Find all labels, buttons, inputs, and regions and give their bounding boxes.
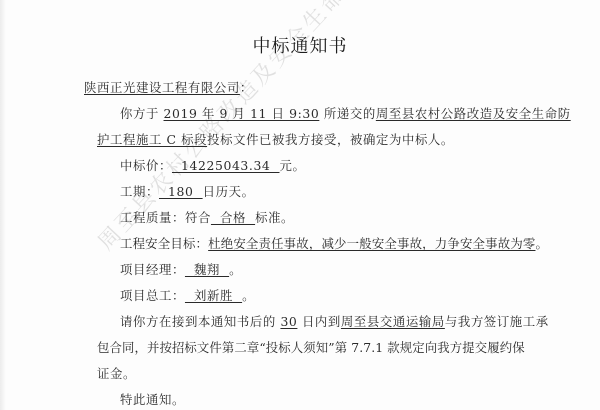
duration-value: 180 <box>159 184 203 199</box>
addressee-line: 陕西正光建设工程有限公司： <box>84 80 253 96</box>
addressee: 陕西正光建设工程有限公司 <box>84 80 240 95</box>
submission-datetime: 2019 年 9 月 11 日 9:30 <box>164 106 320 121</box>
contract-days: 30 <box>280 314 297 329</box>
document-page: 周至县农村公路改造及安全生命防护工程施工C标段中标通知书 中标通知书 陕西正光建… <box>0 0 600 410</box>
chief-engineer-line: 项目总工： 刘新胜 。 <box>120 288 255 304</box>
bid-price-value: 14225043.34 <box>172 158 280 173</box>
safety-goal-line: 工程安全目标：杜绝安全责任事故，减少一般安全事故，力争安全事故为零。 <box>120 236 548 252</box>
contract-paragraph-line3: 证金。 <box>97 366 136 382</box>
contract-paragraph-line1: 请你方在接到本通知书后的 30 日内到周至县交通运输局与我方签订施工承 <box>120 314 549 330</box>
award-paragraph-line1: 你方于 2019 年 9 月 11 日 9:30 所递交的周至县农村公路改造及安… <box>120 106 571 122</box>
project-name-part1: 周至县农村公路改造及安全生命防 <box>376 106 571 121</box>
quality-line: 工程质量：符合 合格 标准。 <box>120 210 294 226</box>
quality-value: 合格 <box>211 210 255 225</box>
bid-price-line: 中标价： 14225043.34 元。 <box>120 158 305 174</box>
chief-engineer-value: 刘新胜 <box>185 288 242 303</box>
award-paragraph-line2: 护工程施工 C 标段投标文件已被我方接受，被确定为中标人。 <box>97 132 454 148</box>
contract-paragraph-line2: 包合同，并按招标文件第二章“投标人须知”第 7.7.1 款规定向我方提交履约保 <box>97 340 525 356</box>
project-name-part2: 护工程施工 C 标段 <box>97 132 207 147</box>
page-edge-shadow <box>0 0 6 410</box>
project-manager-value: 魏翔 <box>185 262 229 277</box>
contracting-agency: 周至县交通运输局 <box>341 314 445 329</box>
document-title: 中标通知书 <box>0 32 600 58</box>
closing-text: 特此通知。 <box>120 392 185 408</box>
safety-goal-value: 杜绝安全责任事故，减少一般安全事故，力争安全事故为零 <box>208 236 535 251</box>
duration-line: 工期： 180 日历天。 <box>120 184 255 200</box>
project-manager-line: 项目经理： 魏翔 。 <box>120 262 242 278</box>
